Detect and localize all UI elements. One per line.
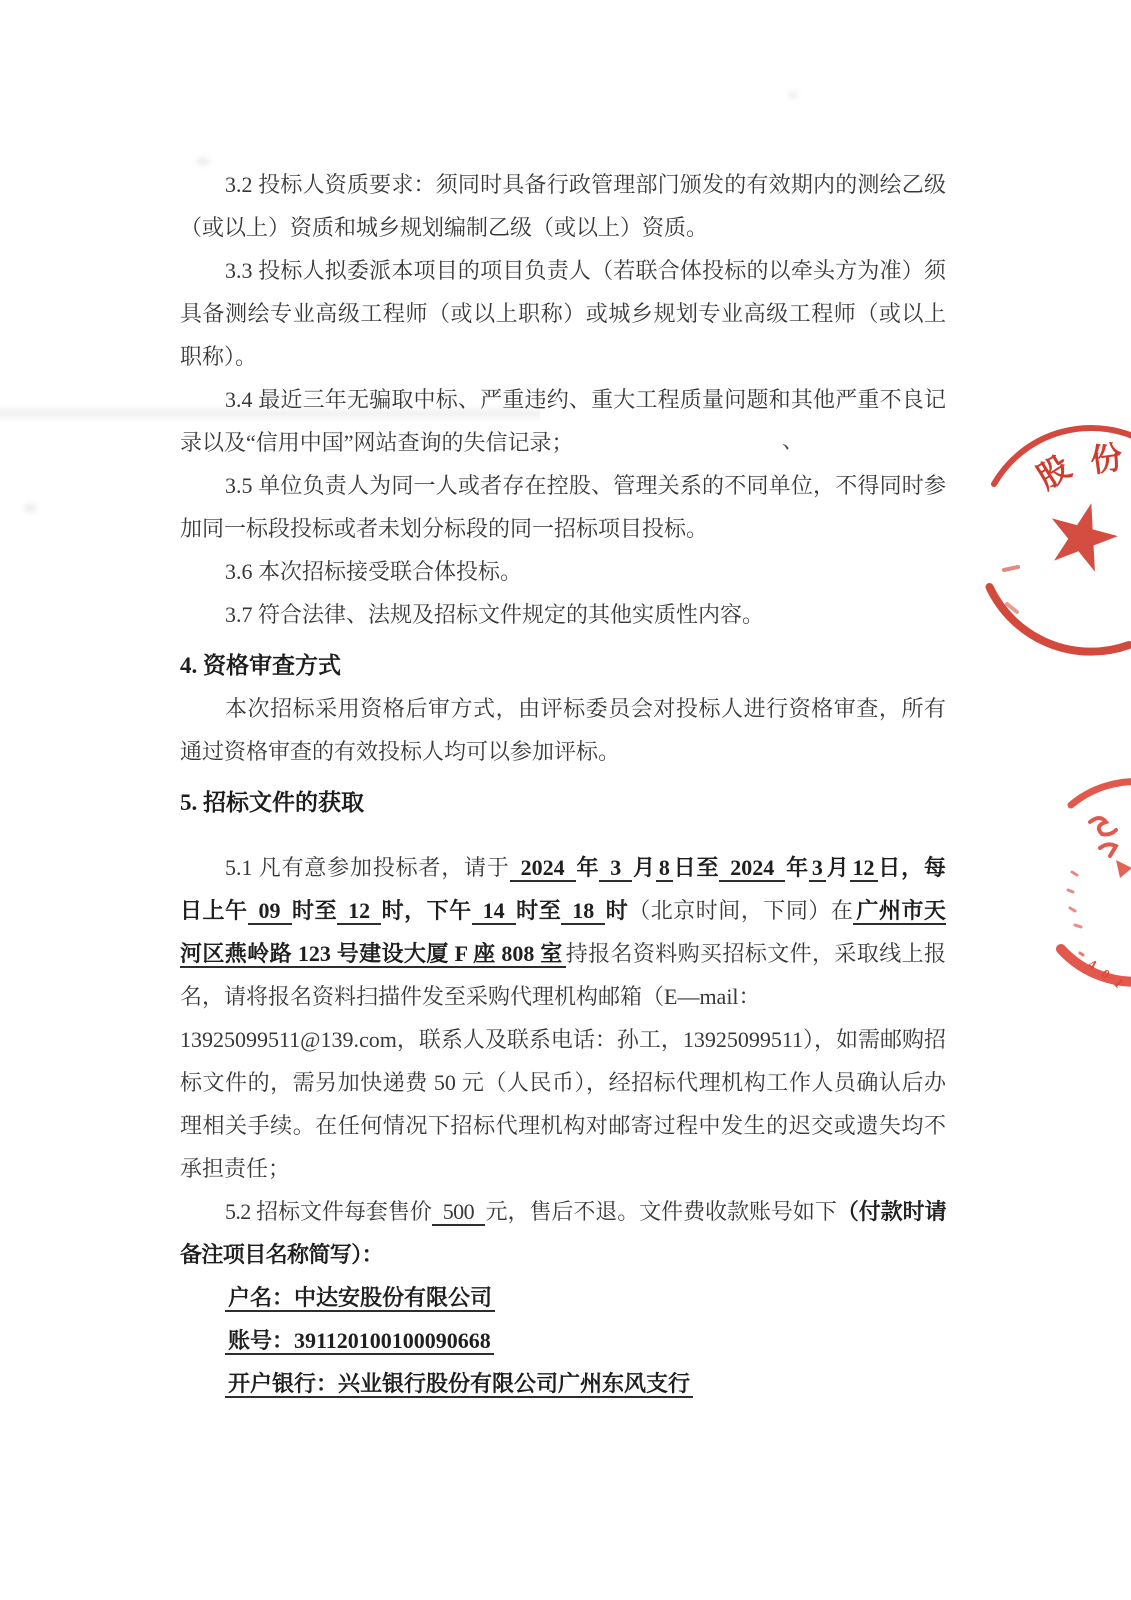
text-segment: 3 bbox=[809, 855, 826, 882]
text-segment: 5. 招标文件的获取 bbox=[180, 790, 364, 815]
company-seal-stamp-2: 4 0 1 bbox=[1030, 760, 1131, 1010]
seal-text-digit: 4 bbox=[1085, 957, 1098, 974]
clause-3-2: 3.2 投标人资质要求：须同时具备行政管理部门颁发的有效期内的测绘乙级（或以上）… bbox=[180, 163, 946, 249]
seal-mark-triangle bbox=[1116, 860, 1131, 878]
seal-star-icon bbox=[1041, 494, 1124, 575]
clause-3-7: 3.7 符合法律、法规及招标文件规定的其他实质性内容。 bbox=[180, 593, 946, 636]
clause-5-2: 5.2 招标文件每套售价500元，售后不退。文件费收款账号如下（付款时请备注项目… bbox=[180, 1190, 946, 1276]
text-segment: 3.2 投标人资质要求：须同时具备行政管理部门颁发的有效期内的测绘乙级（或以上）… bbox=[180, 172, 946, 240]
heading-5: 5. 招标文件的获取 bbox=[180, 781, 946, 824]
text-segment: 时至 bbox=[292, 898, 338, 923]
text-segment: 3.7 符合法律、法规及招标文件规定的其他实质性内容。 bbox=[225, 602, 764, 627]
bank-name: 开户银行：兴业银行股份有限公司广州东风支行 bbox=[180, 1362, 946, 1405]
text-segment: 500 bbox=[432, 1199, 485, 1226]
seal-text-digit: 1 bbox=[1110, 976, 1125, 992]
text-segment: 2024 bbox=[510, 855, 576, 882]
document-body: 3.2 投标人资质要求：须同时具备行政管理部门颁发的有效期内的测绘乙级（或以上）… bbox=[180, 163, 946, 1405]
seal-text-char: 股 bbox=[1031, 448, 1077, 495]
seal-text-char: 份 bbox=[1088, 439, 1125, 479]
text-segment: 4. 资格审查方式 bbox=[180, 653, 341, 678]
text-segment: 3.6 本次招标接受联合体投标。 bbox=[225, 559, 522, 584]
text-segment: 18 bbox=[561, 898, 605, 925]
text-segment: 日， bbox=[878, 855, 924, 880]
text-segment: 12 bbox=[850, 855, 878, 882]
text-segment: 09 bbox=[248, 898, 292, 925]
scan-smudge bbox=[24, 504, 36, 512]
text-segment: 开户银行：兴业银行股份有限公司广州东风支行 bbox=[225, 1371, 693, 1398]
clause-3-6: 3.6 本次招标接受联合体投标。 bbox=[180, 550, 946, 593]
seal-text-digit: 0 bbox=[1098, 967, 1112, 983]
text-segment: 5.1 凡有意参加投标者，请于 bbox=[225, 855, 510, 880]
text-segment: 14 bbox=[472, 898, 516, 925]
document-page: 3.2 投标人资质要求：须同时具备行政管理部门颁发的有效期内的测绘乙级（或以上）… bbox=[0, 0, 1131, 1600]
text-segment: 5.2 招标文件每套售价 bbox=[225, 1199, 432, 1224]
text-segment: 时 bbox=[605, 898, 628, 923]
clause-3-5: 3.5 单位负责人为同一人或者存在控股、管理关系的不同单位，不得同时参加同一标段… bbox=[180, 464, 946, 550]
text-segment: 年 bbox=[576, 855, 600, 880]
heading-4: 4. 资格审查方式 bbox=[180, 644, 946, 687]
text-segment: 13925099511@139.com，联系人及联系电话：孙工，13925099… bbox=[180, 1027, 946, 1181]
account-name: 户名：中达安股份有限公司 bbox=[180, 1276, 946, 1319]
text-segment: 账号：391120100100090668 bbox=[225, 1328, 494, 1355]
text-segment: 3.3 投标人拟委派本项目的项目负责人（若联合体投标的以牵头方为准）须具备测绘专… bbox=[180, 258, 946, 369]
text-segment: 户名：中达安股份有限公司 bbox=[225, 1285, 495, 1312]
text-segment: （北京时间，下同）在 bbox=[628, 898, 853, 923]
text-segment: 3.4 最近三年无骗取中标、严重违约、重大工程质量问题和其他严重不良记录以及“信… bbox=[180, 387, 946, 455]
clause-3-3: 3.3 投标人拟委派本项目的项目负责人（若联合体投标的以牵头方为准）须具备测绘专… bbox=[180, 249, 946, 378]
clause-3-4: 3.4 最近三年无骗取中标、严重违约、重大工程质量问题和其他严重不良记录以及“信… bbox=[180, 378, 946, 464]
text-segment: 2024 bbox=[719, 855, 785, 882]
text-segment: 时，下午 bbox=[381, 898, 472, 923]
text-segment: 时至 bbox=[516, 898, 562, 923]
text-segment: 元，售后不退。文件费收款账号如下 bbox=[485, 1199, 837, 1224]
clause-5-1: 5.1 凡有意参加投标者，请于2024年3月8日至2024年3月12日，每日上午… bbox=[180, 846, 946, 1190]
account-number: 账号：391120100100090668 bbox=[180, 1319, 946, 1362]
text-segment: 年 bbox=[785, 855, 809, 880]
text-segment: 本次招标采用资格后审方式，由评标委员会对投标人进行资格审查，所有通过资格审查的有… bbox=[180, 696, 946, 764]
text-segment: 月 bbox=[826, 855, 850, 880]
text-segment: 8 bbox=[656, 855, 673, 882]
text-segment: 3.5 单位负责人为同一人或者存在控股、管理关系的不同单位，不得同时参加同一标段… bbox=[180, 473, 946, 541]
text-segment: 日至 bbox=[673, 855, 719, 880]
scan-smudge bbox=[788, 92, 798, 98]
text-segment: 月 bbox=[632, 855, 656, 880]
scan-artifact-mark: 、 bbox=[782, 424, 804, 455]
company-seal-stamp-1: 股 份 bbox=[980, 408, 1131, 668]
text-segment: 12 bbox=[337, 898, 381, 925]
para-4-1: 本次招标采用资格后审方式，由评标委员会对投标人进行资格审查，所有通过资格审查的有… bbox=[180, 687, 946, 773]
text-segment: 3 bbox=[599, 855, 632, 882]
